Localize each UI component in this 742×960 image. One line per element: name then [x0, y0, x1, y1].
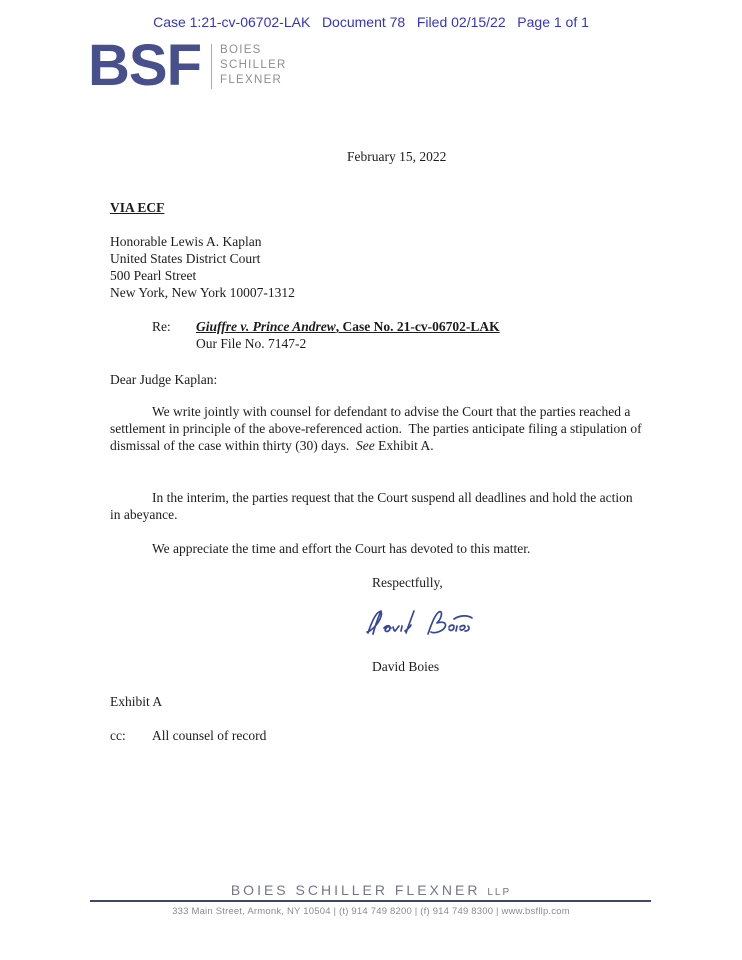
case-number: , Case No. 21-cv-06702-LAK: [336, 319, 500, 334]
footer-divider: [90, 900, 651, 902]
body-paragraph-3: We appreciate the time and effort the Co…: [110, 540, 644, 557]
enclosure-line: Exhibit A: [110, 693, 162, 710]
footer-address: 333 Main Street, Armonk, NY 10504 | (t) …: [0, 906, 742, 917]
file-number: Our File No. 7147-2: [196, 335, 500, 352]
bsf-monogram: BSF: [88, 42, 201, 90]
recipient-line: New York, New York 10007-1312: [110, 284, 295, 301]
logo-divider: [211, 44, 212, 89]
recipient-address-block: Honorable Lewis A. Kaplan United States …: [110, 233, 295, 301]
re-label: Re:: [152, 318, 196, 352]
recipient-line: United States District Court: [110, 250, 295, 267]
firm-name-line: FLEXNER: [220, 73, 287, 88]
body-paragraph-2: In the interim, the parties request that…: [110, 489, 644, 523]
re-line: Re: Giuffre v. Prince Andrew, Case No. 2…: [152, 318, 500, 352]
bsf-letterhead-logo: BSF BOIES SCHILLER FLEXNER: [88, 42, 287, 90]
case-name: Giuffre v. Prince Andrew: [196, 319, 336, 334]
footer-firm-name: BOIES SCHILLER FLEXNER LLP: [0, 882, 742, 898]
signer-name: David Boies: [372, 658, 439, 675]
letter-page: Case 1:21-cv-06702-LAK Document 78 Filed…: [0, 0, 742, 960]
see-citation: See: [356, 438, 375, 453]
court-filing-stamp: Case 1:21-cv-06702-LAK Document 78 Filed…: [0, 14, 742, 30]
paragraph-text: Exhibit A.: [375, 438, 434, 453]
case-caption: Giuffre v. Prince Andrew, Case No. 21-cv…: [196, 318, 500, 335]
footer-firm-text: BOIES SCHILLER FLEXNER: [231, 882, 481, 898]
firm-name-line: SCHILLER: [220, 58, 287, 73]
re-content: Giuffre v. Prince Andrew, Case No. 21-cv…: [196, 318, 500, 352]
cc-value: All counsel of record: [152, 727, 266, 744]
letter-date: February 15, 2022: [347, 148, 446, 165]
recipient-line: 500 Pearl Street: [110, 267, 295, 284]
via-ecf-line: VIA ECF: [110, 199, 164, 216]
salutation: Dear Judge Kaplan:: [110, 371, 217, 388]
closing-line: Respectfully,: [372, 574, 443, 591]
firm-name-line: BOIES: [220, 43, 287, 58]
firm-name-stack: BOIES SCHILLER FLEXNER: [220, 42, 287, 88]
recipient-line: Honorable Lewis A. Kaplan: [110, 233, 295, 250]
cc-label: cc:: [110, 727, 152, 744]
signature-image: [364, 599, 476, 645]
cc-line: cc: All counsel of record: [110, 727, 266, 744]
footer-llp: LLP: [487, 887, 511, 898]
body-paragraph-1: We write jointly with counsel for defend…: [110, 403, 644, 454]
